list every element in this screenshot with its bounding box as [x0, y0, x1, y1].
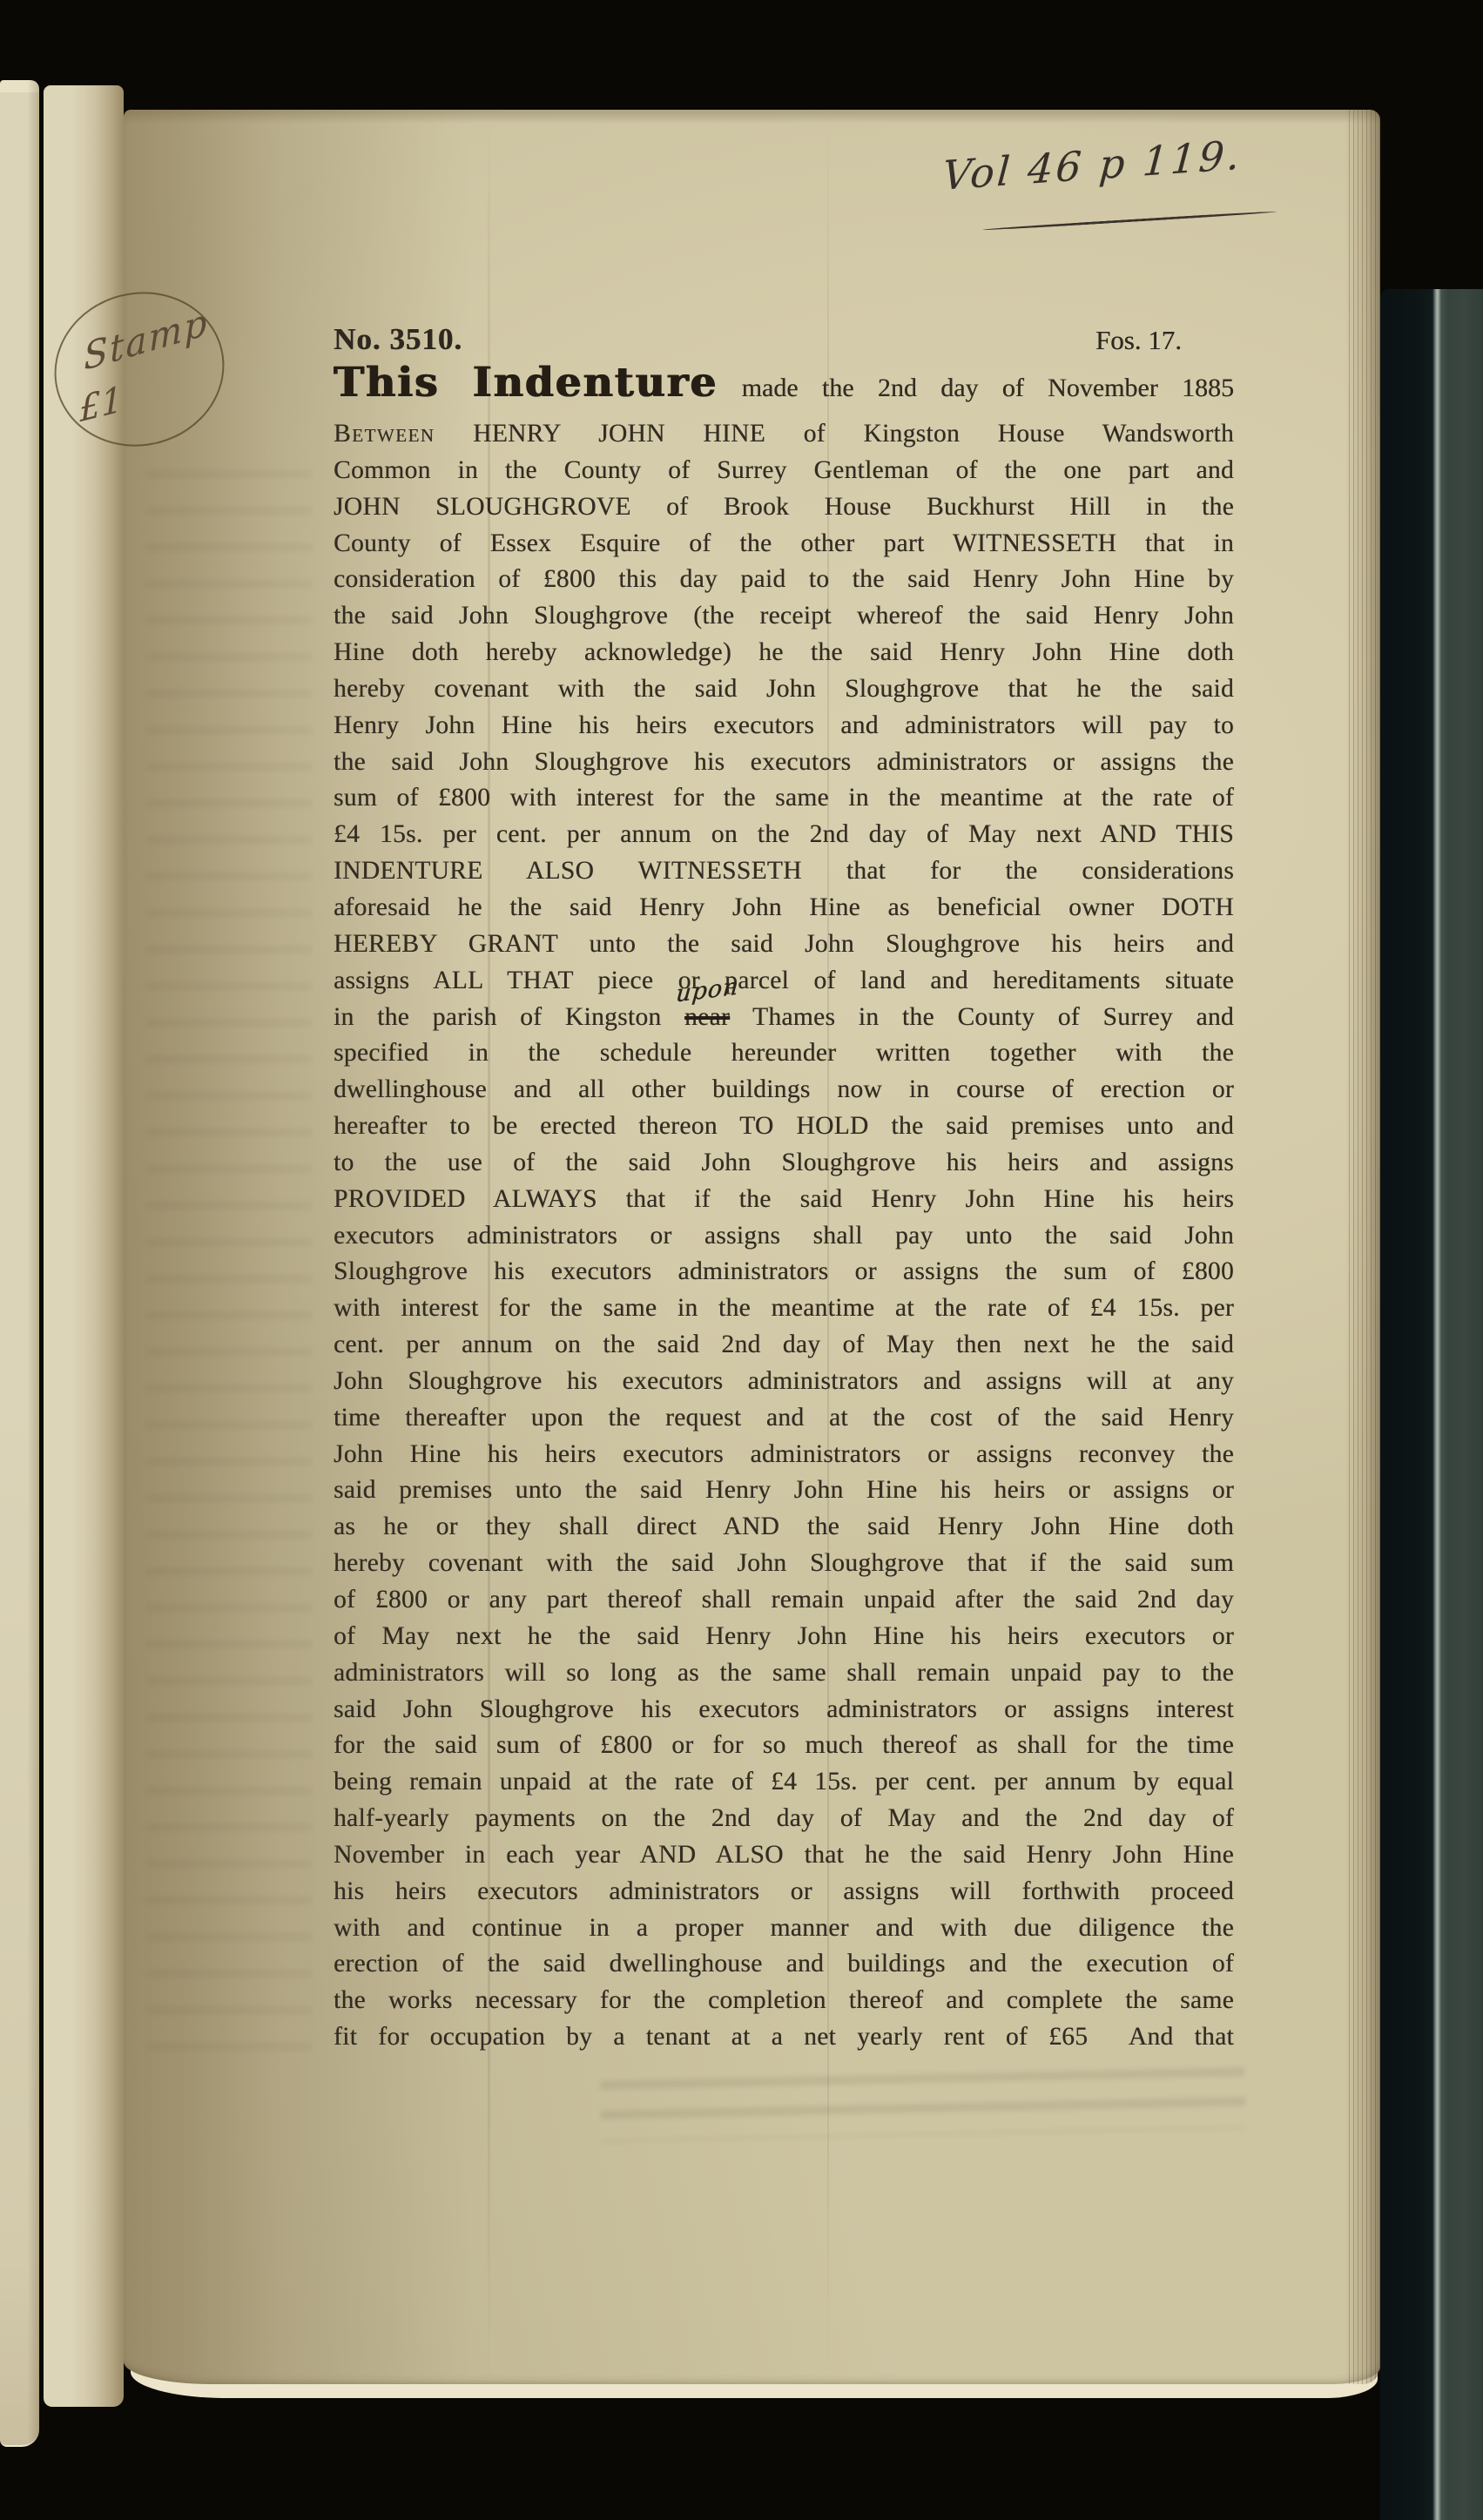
document-number: No. 3510. [334, 322, 462, 357]
document-lines: Between HENRY JOHN HINE of Kingston Hous… [334, 416, 1234, 2056]
document-line: for the said sum of £800 or for so much … [334, 1728, 1234, 1764]
document-line: JOHN SLOUGHGROVE of Brook House Buckhurs… [334, 489, 1234, 526]
stamp-value: £1 [79, 379, 124, 430]
document-line: said John Sloughgrove his executors admi… [334, 1692, 1234, 1728]
stamp-word: Stamp [83, 300, 209, 379]
document-line: cent. per annum on the said 2nd day of M… [334, 1327, 1234, 1364]
document-line: sum of £800 with interest for the same i… [334, 780, 1234, 817]
document-line: specified in the schedule hereunder writ… [334, 1035, 1234, 1072]
opening-line: This Indenture made the 2nd day of Novem… [334, 355, 1234, 411]
document-line: said premises unto the said Henry John H… [334, 1472, 1234, 1509]
document-line: dwellinghouse and all other buildings no… [334, 1072, 1234, 1108]
document-line: administrators will so long as the same … [334, 1655, 1234, 1692]
document-line: Henry John Hine his heirs executors and … [334, 708, 1234, 745]
document-line: aforesaid he the said Henry John Hine as… [334, 890, 1234, 926]
volume-annotation: Vol 46 p 119. [941, 126, 1310, 199]
document-line: being remain unpaid at the rate of £4 15… [334, 1764, 1234, 1801]
document-line: Common in the County of Surrey Gentleman… [334, 453, 1234, 489]
document-line: of £800 or any part thereof shall remain… [334, 1582, 1234, 1619]
document-line: with and continue in a proper manner and… [334, 1910, 1234, 1947]
document-line: assigns ALL THAT piece or parcel of land… [334, 963, 1234, 1000]
document-line: time thereafter upon the request and at … [334, 1400, 1234, 1437]
document-line: as he or they shall direct AND the said … [334, 1509, 1234, 1546]
document-line: consideration of £800 this day paid to t… [334, 562, 1234, 598]
document-line: hereafter to be erected thereon TO HOLD … [334, 1108, 1234, 1145]
document-line: the said John Sloughgrove his executors … [334, 745, 1234, 781]
document-line: John Sloughgrove his executors administr… [334, 1364, 1234, 1400]
document-line: Sloughgrove his executors administrators… [334, 1254, 1234, 1290]
document-line: the works necessary for the completion t… [334, 1983, 1234, 2019]
document-line: John Hine his heirs executors administra… [334, 1437, 1234, 1473]
document-line: to the use of the said John Sloughgrove … [334, 1145, 1234, 1182]
handwritten-correction: nearupon [684, 1000, 730, 1036]
stamp-oval: Stamp £1 [38, 274, 241, 464]
folio-number: Fos. 17. [1095, 325, 1234, 356]
ink-bleed-through [146, 470, 312, 2055]
photo-backdrop: { "colors": { "backdrop": "#0a0805", "pa… [0, 0, 1483, 2520]
document-line: £4 15s. per cent. per annum on the 2nd d… [334, 817, 1234, 853]
document-line: INDENTURE ALSO WITNESSETH that for the c… [334, 853, 1234, 890]
document-line: hereby covenant with the said John Sloug… [334, 671, 1234, 708]
page-content: Vol 46 p 119. Stamp £1 No. 3510. Fos. 17… [0, 0, 1483, 2520]
document-line: half-yearly payments on the 2nd day of M… [334, 1801, 1234, 1837]
document-line: November in each year AND ALSO that he t… [334, 1837, 1234, 1874]
document-line: with interest for the same in the meanti… [334, 1290, 1234, 1327]
smallcaps-word: Between [334, 420, 435, 448]
document-line: fit for occupation by a tenant at a net … [334, 2019, 1234, 2056]
ink-bleed-through [600, 2067, 1245, 2141]
document-line: of May next he the said Henry John Hine … [334, 1619, 1234, 1655]
document-line: the said John Sloughgrove (the receipt w… [334, 598, 1234, 635]
document-line: executors administrators or assigns shal… [334, 1218, 1234, 1255]
document-line: his heirs executors administrators or as… [334, 1874, 1234, 1910]
opening-continuation: made the 2nd day of November 1885 [742, 374, 1234, 402]
document-line: erection of the said dwellinghouse and b… [334, 1946, 1234, 1983]
document-line: HEREBY GRANT unto the said John Sloughgr… [334, 926, 1234, 963]
strikethrough-word: near [684, 1003, 730, 1031]
blackletter-phrase: This Indenture [334, 359, 718, 407]
volume-annotation-underline [982, 211, 1277, 232]
header-row: No. 3510. Fos. 17. [334, 322, 1234, 357]
document-line: hereby covenant with the said John Sloug… [334, 1546, 1234, 1582]
document-line: Between HENRY JOHN HINE of Kingston Hous… [334, 416, 1234, 453]
document-line: County of Essex Esquire of the other par… [334, 526, 1234, 563]
document-line: Hine doth hereby acknowledge) he the sai… [334, 635, 1234, 671]
document-line: in the parish of Kingston nearupon Thame… [334, 1000, 1234, 1036]
document-line: PROVIDED ALWAYS that if the said Henry J… [334, 1182, 1234, 1218]
